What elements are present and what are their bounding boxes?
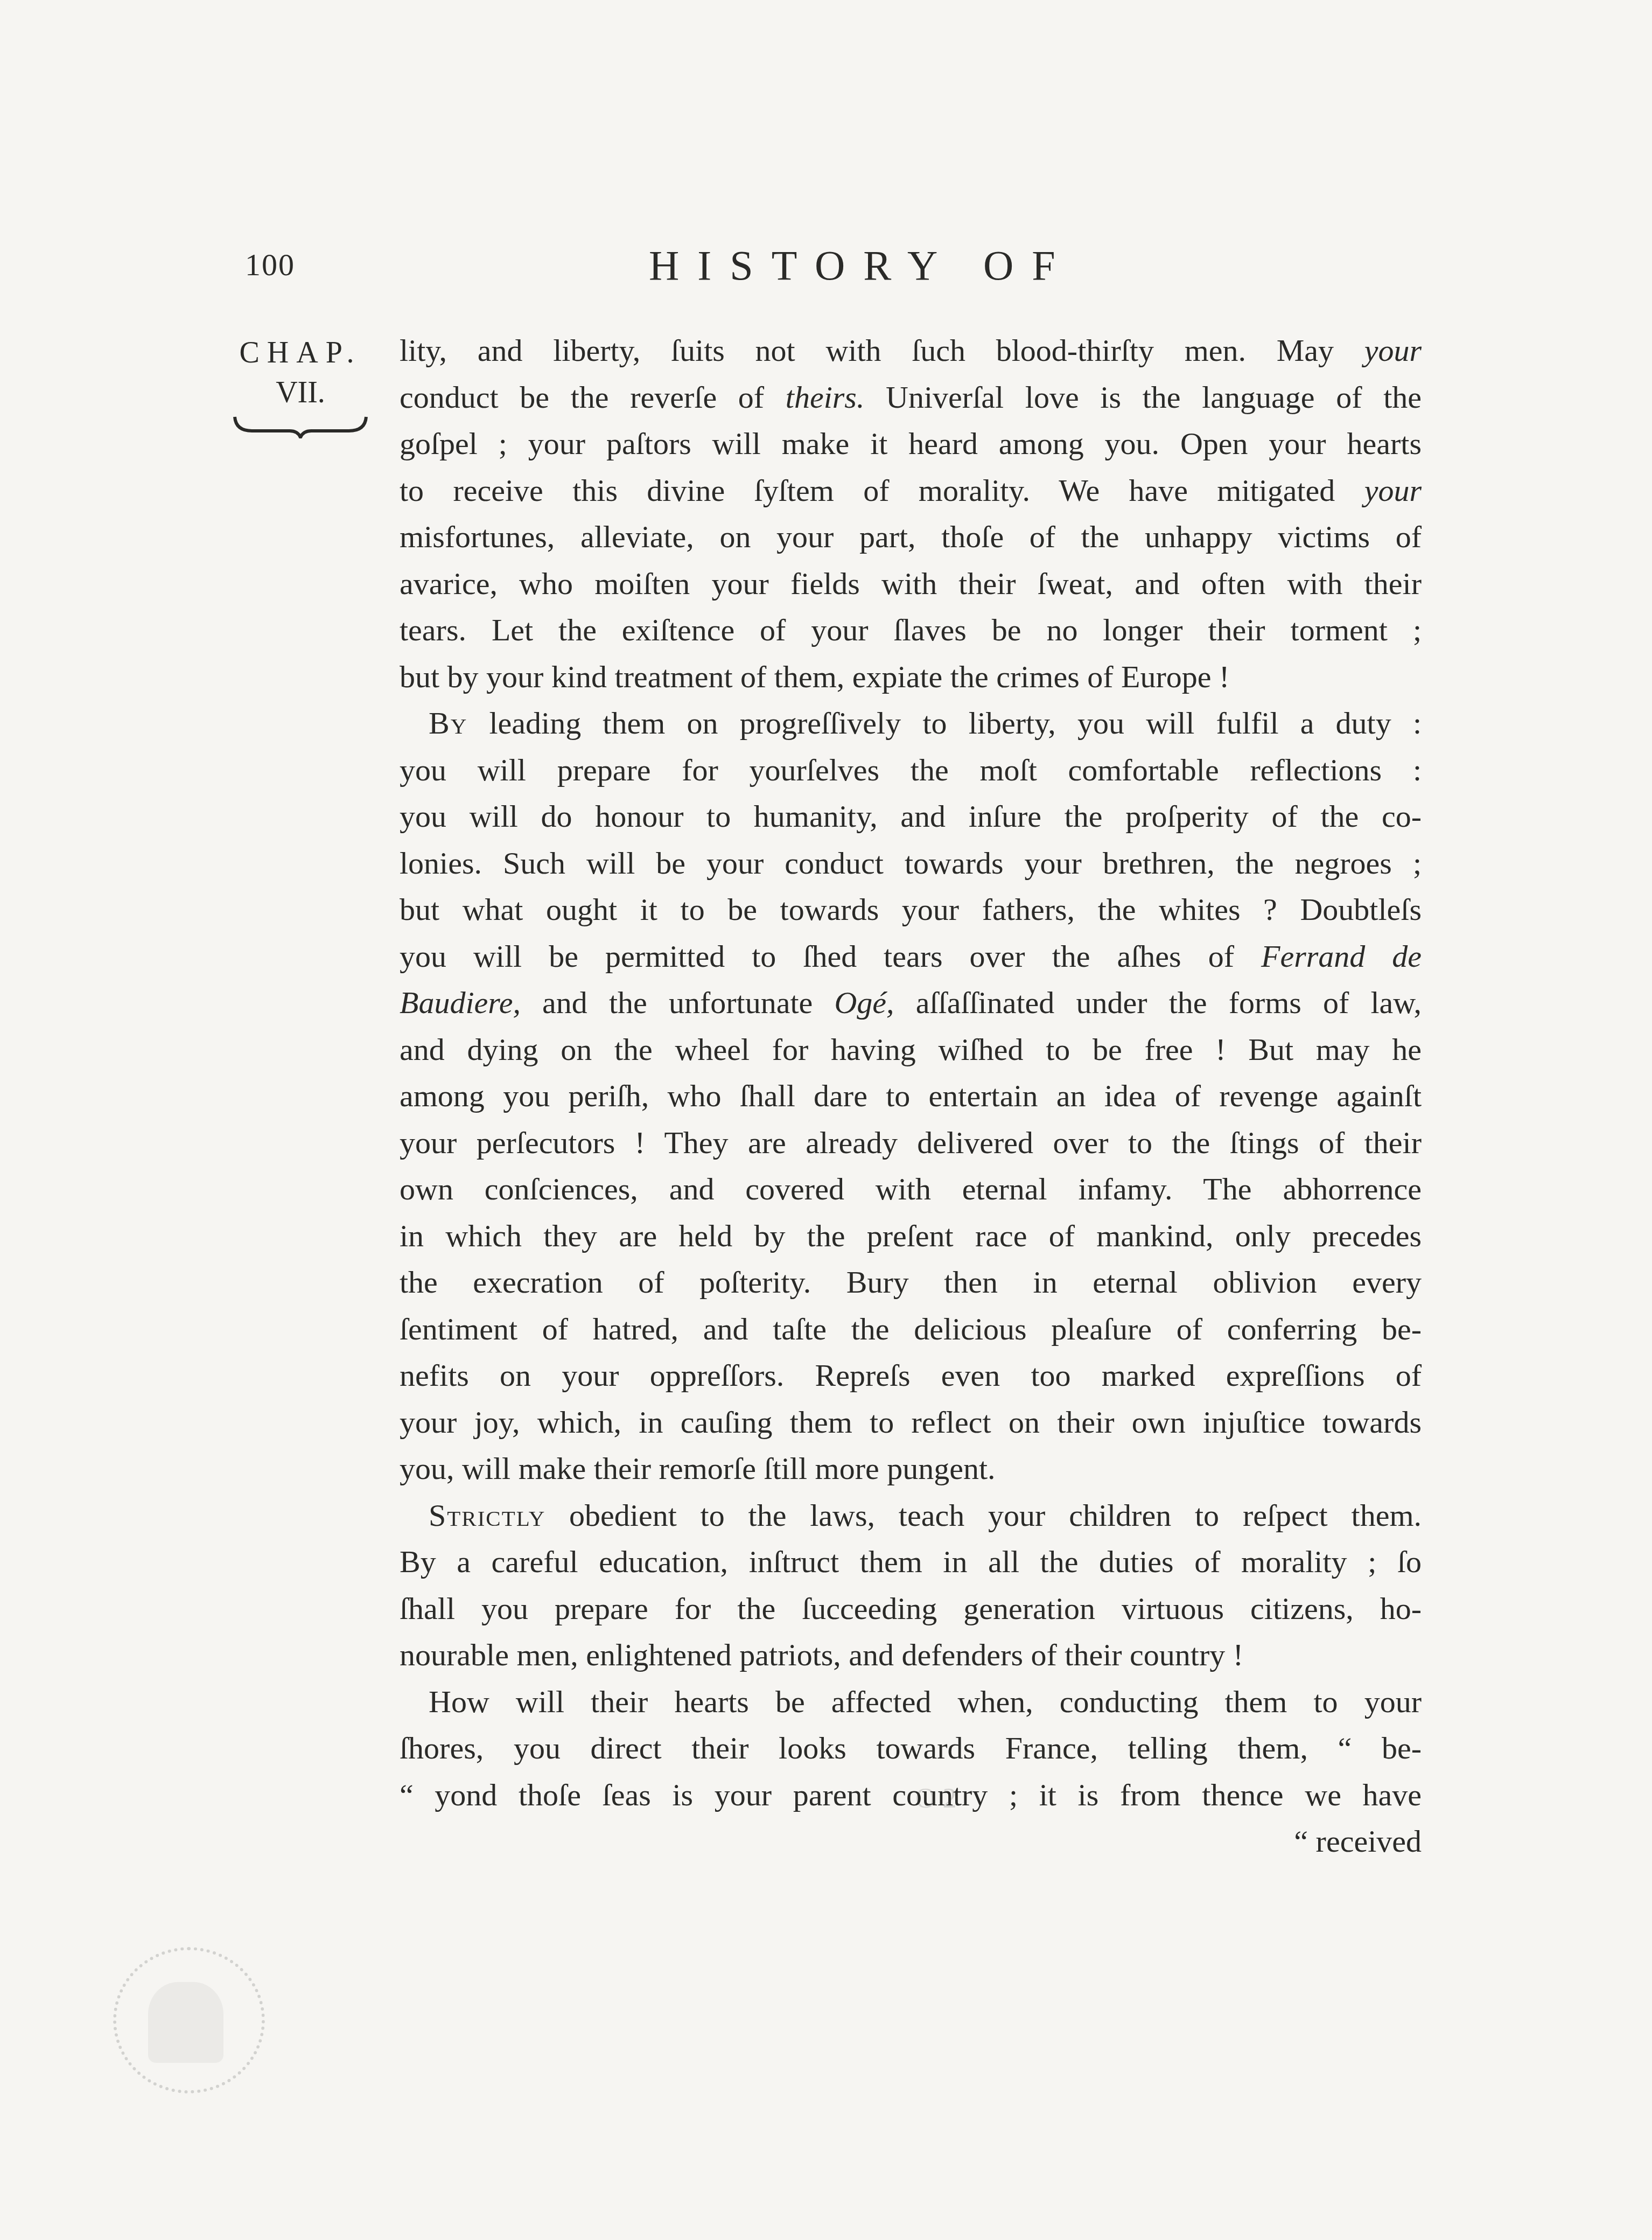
running-head: HISTORY OF xyxy=(649,241,1074,290)
text-line: your joy, which, in cauſing them to refl… xyxy=(400,1399,1422,1446)
text-span: among you periſh, who ſhall dare to ente… xyxy=(400,1078,1422,1113)
text-line: ſhores, you direct their looks towards F… xyxy=(400,1725,1422,1772)
text-span: nefits on your oppreſſors. Repreſs even … xyxy=(400,1358,1422,1393)
text-span: misfortunes, alleviate, on your part, th… xyxy=(400,519,1422,554)
text-line: you will prepare for yourſelves the moſt… xyxy=(400,747,1422,794)
text-line: you, will make their remorſe ſtill more … xyxy=(400,1446,1422,1492)
text-span: leading them on progreſſively to liberty… xyxy=(467,706,1422,741)
text-span: in which they are held by the preſent ra… xyxy=(400,1218,1422,1253)
text-line: nourable men, enlightened patriots, and … xyxy=(400,1632,1422,1679)
small-caps-span: By xyxy=(429,706,467,741)
text-span: avarice, who moiſten your fields with th… xyxy=(400,566,1422,601)
text-line: among you periſh, who ſhall dare to ente… xyxy=(400,1073,1422,1120)
text-span: the execration of poſterity. Bury then i… xyxy=(400,1265,1422,1300)
text-line: to receive this divine ſyſtem of moralit… xyxy=(400,467,1422,514)
chap-number: VII. xyxy=(230,373,370,413)
text-span: own conſciences, and covered with eterna… xyxy=(400,1171,1422,1206)
italic-span: Ferrand de xyxy=(1261,939,1422,974)
text-span: but by your kind treatment of them, expi… xyxy=(400,659,1229,694)
text-line: you will be permitted to ſhed tears over… xyxy=(400,933,1422,980)
text-line: misfortunes, alleviate, on your part, th… xyxy=(400,514,1422,561)
text-line: but by your kind treatment of them, expi… xyxy=(400,654,1422,701)
library-stamp-emblem xyxy=(148,1982,223,2063)
text-span: and the unfortunate xyxy=(521,985,834,1020)
text-span: your perſecutors ! They are already deli… xyxy=(400,1125,1422,1160)
text-span: ſhall you prepare for the ſucceeding gen… xyxy=(400,1591,1422,1626)
italic-span: Ogé, xyxy=(834,985,894,1020)
page-number: 100 xyxy=(245,247,295,283)
text-span: your joy, which, in cauſing them to refl… xyxy=(400,1405,1422,1440)
text-line: ſhall you prepare for the ſucceeding gen… xyxy=(400,1586,1422,1632)
text-line: you will do honour to humanity, and inſu… xyxy=(400,793,1422,840)
catchword: “ received xyxy=(400,1818,1422,1865)
text-line: own conſciences, and covered with eterna… xyxy=(400,1166,1422,1213)
text-line: By a careful education, inſtruct them in… xyxy=(400,1539,1422,1586)
signature-mark: O 2 xyxy=(915,1783,957,1815)
chap-label: CHAP. xyxy=(230,333,370,373)
text-line: ſentiment of hatred, and taſte the delic… xyxy=(400,1306,1422,1353)
text-span: you will do honour to humanity, and inſu… xyxy=(400,799,1422,834)
text-line: your perſecutors ! They are already deli… xyxy=(400,1120,1422,1167)
text-line: How will their hearts be affected when, … xyxy=(400,1679,1422,1726)
text-span: ſhores, you direct their looks towards F… xyxy=(400,1730,1422,1766)
text-span: “ yond thoſe ſeas is your parent country… xyxy=(400,1777,1422,1812)
text-line: and dying on the wheel for having wiſhed… xyxy=(400,1027,1422,1073)
italic-span: your xyxy=(1364,333,1422,368)
italic-span: theirs. xyxy=(786,380,865,415)
text-line: lonies. Such will be your conduct toward… xyxy=(400,840,1422,887)
text-line: but what ought it to be towards your fat… xyxy=(400,887,1422,933)
text-span: you will prepare for yourſelves the moſt… xyxy=(400,752,1422,787)
text-span: to receive this divine ſyſtem of moralit… xyxy=(400,473,1364,508)
text-line: in which they are held by the preſent ra… xyxy=(400,1213,1422,1260)
text-span: obedient to the laws, teach your childre… xyxy=(545,1498,1422,1533)
text-line: By leading them on progreſſively to libe… xyxy=(400,700,1422,747)
text-span: and dying on the wheel for having wiſhed… xyxy=(400,1032,1422,1067)
small-caps-span: Strictly xyxy=(429,1498,545,1533)
text-span: How will their hearts be affected when, … xyxy=(429,1684,1422,1719)
text-span: tears. Let the exiſtence of your ſlaves … xyxy=(400,612,1422,647)
text-span: By a careful education, inſtruct them in… xyxy=(400,1544,1422,1579)
text-span: you, will make their remorſe ſtill more … xyxy=(400,1451,996,1486)
italic-span: Baudiere, xyxy=(400,985,521,1020)
brace-ornament-icon xyxy=(230,415,370,438)
text-span: aſſaſſinated under the forms of law, xyxy=(894,985,1422,1020)
body-text: lity, and liberty, ſuits not with ſuch b… xyxy=(400,327,1422,1865)
text-span: conduct be the reverſe of xyxy=(400,380,786,415)
text-line: lity, and liberty, ſuits not with ſuch b… xyxy=(400,327,1422,374)
text-line: nefits on your oppreſſors. Repreſs even … xyxy=(400,1352,1422,1399)
text-line: goſpel ; your paſtors will make it heard… xyxy=(400,421,1422,467)
text-span: you will be permitted to ſhed tears over… xyxy=(400,939,1261,974)
text-span: Univerſal love is the language of the xyxy=(864,380,1422,415)
text-span: lonies. Such will be your conduct toward… xyxy=(400,846,1422,881)
text-line: Baudiere, and the unfortunate Ogé, aſſaſ… xyxy=(400,980,1422,1027)
text-line: conduct be the reverſe of theirs. Univer… xyxy=(400,374,1422,421)
text-span: ſentiment of hatred, and taſte the delic… xyxy=(400,1311,1422,1346)
text-line: tears. Let the exiſtence of your ſlaves … xyxy=(400,607,1422,654)
text-line: avarice, who moiſten your fields with th… xyxy=(400,561,1422,608)
text-span: but what ought it to be towards your fat… xyxy=(400,892,1422,927)
text-line: the execration of poſterity. Bury then i… xyxy=(400,1259,1422,1306)
text-line: “ yond thoſe ſeas is your parent country… xyxy=(400,1772,1422,1819)
text-span: nourable men, enlightened patriots, and … xyxy=(400,1637,1243,1672)
text-span: lity, and liberty, ſuits not with ſuch b… xyxy=(400,333,1364,368)
text-span: goſpel ; your paſtors will make it heard… xyxy=(400,426,1422,461)
chapter-margin-note: CHAP. VII. xyxy=(230,333,370,413)
italic-span: your xyxy=(1364,473,1422,508)
text-line: Strictly obedient to the laws, teach you… xyxy=(400,1492,1422,1539)
